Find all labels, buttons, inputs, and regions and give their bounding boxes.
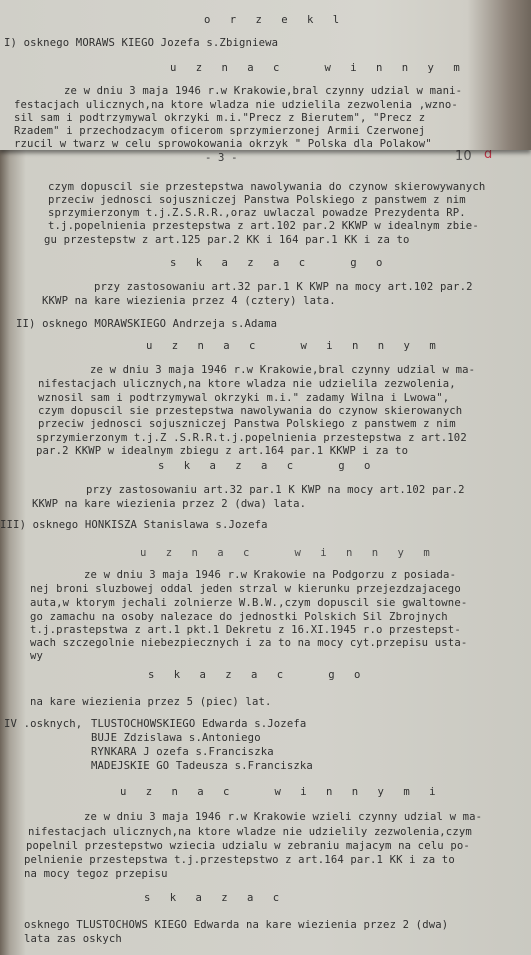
- text-line: wy: [30, 650, 43, 663]
- defendant-name: BUJE Zdzislawa s.Antoniego: [91, 732, 261, 745]
- text-line: go zamachu na osoby nalezace do jednostk…: [30, 611, 448, 624]
- text-line: KKWP na kare wiezienia przez 4 (cztery) …: [42, 295, 336, 308]
- text-line: wznosil sam i podtrzymywal okrzyki m.i."…: [38, 392, 449, 405]
- text-line: przeciw jednosci sojuszniczej Panstwa Po…: [48, 194, 466, 207]
- text-line: sprzymierzonym t.j.Z.S.R.R.,oraz uwlacza…: [48, 207, 466, 220]
- text-line: czym dopuscil sie przestepstwa nawolywan…: [48, 181, 485, 194]
- text-line: pelnienie przestepstwa t.j.przestepstwo …: [24, 854, 455, 867]
- document-page-previous: o r z e k l I) osknego MORAWS KIEGO Joze…: [0, 0, 531, 150]
- text-line: ze w dniu 3 maja 1946 r.w Krakowie,bral …: [90, 364, 475, 377]
- ruling-heading: o r z e k l: [204, 14, 346, 27]
- text-line: KKWP na kare wiezienia przez 2 (dwa) lat…: [32, 498, 306, 511]
- text-line: wach szczegolnie niebezpiecznych i za to…: [30, 637, 467, 650]
- text-line: ze w dniu 3 maja 1946 r.w Krakowie wziel…: [84, 811, 482, 824]
- text-line: ze w dniu 3 maja 1946 r.w Krakowie na Po…: [84, 569, 456, 582]
- handwritten-folio-number: 10: [455, 150, 472, 163]
- defendant-1-name: I) osknego MORAWS KIEGO Jozefa s.Zbignie…: [4, 37, 278, 50]
- sentence-heading-3: s k a z a c g o: [148, 669, 367, 682]
- text-line: par.2 KKWP w idealnym zbiegu z art.164 p…: [36, 445, 408, 458]
- text-line: t.j.popelnienia przestepstwa z art.102 p…: [48, 220, 479, 233]
- defendant-name: RYNKARA J ozefa s.Franciszka: [91, 746, 274, 759]
- text-line: nifestacjach ulicznych,na ktore wladza n…: [38, 378, 456, 391]
- page-number: - 3 -: [205, 152, 238, 165]
- text-line: osknego TLUSTOCHOWS KIEGO Edwarda na kar…: [24, 919, 448, 932]
- sentence-heading-1: s k a z a c g o: [170, 257, 389, 270]
- text-line: gu przestepstw z art.125 par.2 KK i 164 …: [44, 234, 410, 247]
- text-line: popelnil przestepstwo wziecia udzialu w …: [26, 840, 470, 853]
- text-line: czym dopuscil sie przestepstwa nawolywan…: [38, 405, 462, 418]
- defendant-name: TLUSTOCHOWSKIEGO Edwarda s.Jozefa: [91, 718, 306, 731]
- text-line: festacjach ulicznych,na ktore wladza nie…: [14, 99, 458, 112]
- text-line: sil sam i podtrzymywal okrzyki m.i."Prec…: [14, 112, 425, 125]
- text-line: przeciw jednosci sojuszniczej Panstwa Po…: [38, 418, 456, 431]
- defendant-3-name: III) osknego HONKISZA Stanislawa s.Jozef…: [0, 519, 268, 532]
- sentence-heading-4: s k a z a c: [144, 892, 286, 905]
- verdict-heading-4: u z n a c w i n n y m i: [120, 786, 442, 799]
- text-line: ze w dniu 3 maja 1946 r.w Krakowie,bral …: [64, 85, 462, 98]
- defendant-3-sentence: na kare wiezienia przez 5 (piec) lat.: [30, 696, 272, 709]
- defendants-4-prefix: IV .osknych,: [4, 718, 82, 731]
- text-line: auta,w ktorym jechali zolnierze W.B.W.,c…: [30, 597, 467, 610]
- text-line: sprzymierzonym t.j.Z .S.R.R.t.j.popelnie…: [36, 432, 467, 445]
- verdict-heading-2: u z n a c w i n n y m: [146, 340, 442, 353]
- text-line: lata zas oskych: [24, 933, 122, 946]
- text-line: na mocy tegoz przepisu: [24, 868, 168, 881]
- text-line: przy zastosowaniu art.32 par.1 K KWP na …: [86, 484, 465, 497]
- text-line: przy zastosowaniu art.32 par.1 K KWP na …: [94, 281, 473, 294]
- text-line: rzucil w twarz w celu sprowokowania okrz…: [14, 138, 432, 151]
- text-line: Rzadem" i przechodzacym oficerom sprzymi…: [14, 125, 425, 138]
- defendant-name: MADEJSKIE GO Tadeusza s.Franciszka: [91, 760, 313, 773]
- verdict-heading-3: u z n a c w i n n y m: [140, 547, 436, 560]
- defendant-2-name: II) osknego MORAWSKIEGO Andrzeja s.Adama: [16, 318, 277, 331]
- sentence-heading-2: s k a z a c g o: [158, 460, 377, 473]
- text-line: nej broni sluzbowej oddal jeden strzal w…: [30, 583, 461, 596]
- text-line: nifestacjach ulicznych,na ktore wladze n…: [28, 826, 472, 839]
- text-line: t.j.prastepstwa z art.1 pkt.1 Dekretu z …: [30, 624, 461, 637]
- verdict-heading-1: u z n a c w i n n y m: [170, 62, 466, 75]
- document-page-3: - 3 - 10 d czym dopuscil sie przestepstw…: [0, 150, 531, 955]
